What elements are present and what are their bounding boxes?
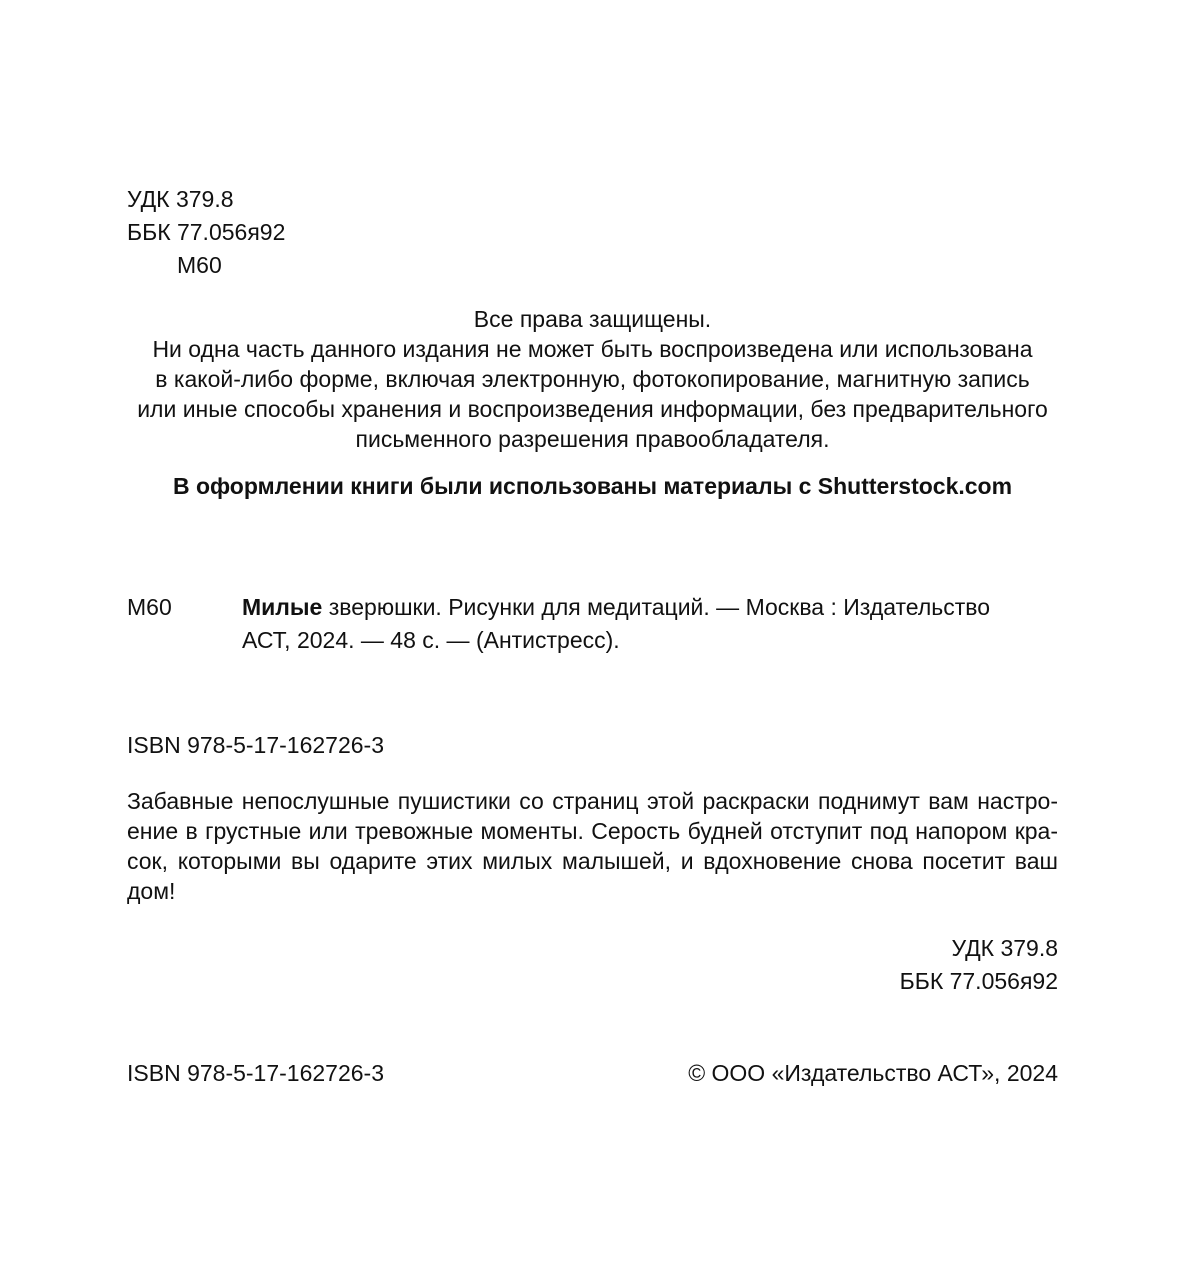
footer-row: ISBN 978-5-17-162726-3 © ООО «Издательст… — [127, 1058, 1058, 1088]
rights-line: в какой-либо форме, включая электронную,… — [127, 364, 1058, 394]
catalog-entry: М60 Милые зверюшки. Рисунки для медитаци… — [127, 591, 1058, 657]
bbk-line-right: ББК 77.056я92 — [127, 965, 1058, 998]
top-classification-block: УДК 379.8 ББК 77.056я92 М60 — [127, 183, 1058, 282]
book-title-bold: Милые — [242, 594, 322, 620]
catalog-entry-text: Милые зверюшки. Рисунки для медитаций. —… — [242, 591, 1058, 657]
rights-notice: Все права защищены. Ни одна часть данног… — [127, 304, 1058, 454]
annotation-paragraph: Забавные непослушные пушистики со страни… — [127, 786, 1058, 906]
author-sign-code: М60 — [127, 249, 1058, 282]
catalog-entry-line1: Милые зверюшки. Рисунки для медитаций. —… — [242, 591, 1058, 624]
catalog-entry-code: М60 — [127, 591, 242, 657]
annotation-line: ение в грустные или тревожные моменты. С… — [127, 816, 1058, 846]
bbk-line: ББК 77.056я92 — [127, 216, 1058, 249]
materials-credit: В оформлении книги были использованы мат… — [127, 471, 1058, 501]
annotation-line: сок, которыми вы одарите этих милых малы… — [127, 846, 1058, 876]
right-classification-block: УДК 379.8 ББК 77.056я92 — [127, 932, 1058, 998]
isbn-line: ISBN 978-5-17-162726-3 — [127, 730, 1058, 760]
udc-line: УДК 379.8 — [127, 183, 1058, 216]
rights-line: или иные способы хранения и воспроизведе… — [127, 394, 1058, 424]
udc-line-right: УДК 379.8 — [127, 932, 1058, 965]
rights-line: письменного разрешения правообладателя. — [127, 424, 1058, 454]
catalog-entry-line2: АСТ, 2024. — 48 с. — (Антистресс). — [242, 624, 1058, 657]
catalog-entry-line1-rest: зверюшки. Рисунки для медитаций. — Москв… — [322, 594, 990, 620]
annotation-line: дом! — [127, 876, 1058, 906]
rights-line: Ни одна часть данного издания не может б… — [127, 334, 1058, 364]
imprint-page: УДК 379.8 ББК 77.056я92 М60 Все права за… — [0, 0, 1181, 1270]
annotation-line: Забавные непослушные пушистики со страни… — [127, 786, 1058, 816]
rights-line: Все права защищены. — [127, 304, 1058, 334]
footer-copyright: © ООО «Издательство АСТ», 2024 — [688, 1058, 1058, 1088]
footer-isbn: ISBN 978-5-17-162726-3 — [127, 1058, 384, 1088]
